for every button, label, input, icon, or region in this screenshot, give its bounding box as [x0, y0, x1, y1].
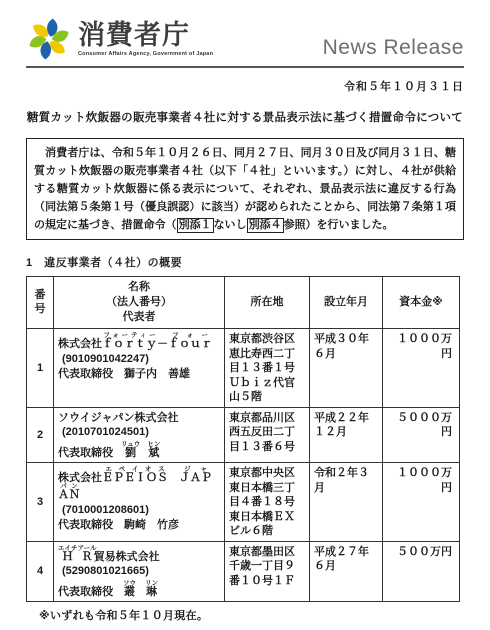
cell-name: 株式会社ＥＰＥＩＯＳエペイオス ＪＡＰＡＮジャパン (7010001208601…: [54, 463, 225, 542]
news-release-label: News Release: [323, 36, 464, 62]
cell-name: ＨＲエイチアール貿易株式会社 (5290801021665) 代表取締役 叢ソウ…: [54, 541, 225, 602]
caa-pinwheel-icon: [26, 16, 72, 62]
representative: 代表取締役 獅子内 善雄: [58, 367, 220, 382]
attachment-4-ref: 別添４: [247, 218, 284, 233]
table-row: 2 ソウイジャパン株式会社 (2010701024501) 代表取締役 劉リュウ…: [27, 407, 460, 463]
col-header-address: 所在地: [225, 277, 310, 329]
cell-established: 令和２年３月: [310, 463, 383, 542]
cell-capital: １０００万円: [383, 463, 460, 542]
col-header-established: 設立年月: [310, 277, 383, 329]
company-name: 株式会社ｆｏｒｔｙフォーティー－ｆｏｕｒフォー: [58, 332, 220, 352]
cell-number: 2: [27, 407, 54, 463]
table-row: 3 株式会社ＥＰＥＩＯＳエペイオス ＪＡＰＡＮジャパン (70100012086…: [27, 463, 460, 542]
section-1-heading: 1 違反事業者（４社）の概要: [26, 254, 464, 270]
cell-address: 東京都墨田区千歳一丁目９番１０号１Ｆ: [225, 541, 310, 602]
cell-name: ソウイジャパン株式会社 (2010701024501) 代表取締役 劉リュウ 斌…: [54, 407, 225, 463]
corporate-number: (7010001208601): [58, 503, 220, 518]
col-header-number: 番号: [27, 277, 54, 329]
company-name: ソウイジャパン株式会社: [58, 411, 220, 426]
attachment-1-ref: 別添１: [177, 218, 214, 233]
table-footnote: ※いずれも令和５年１０月現在。: [26, 607, 464, 623]
corporate-number: (5290801021665): [58, 564, 220, 579]
lead-paragraph: 消費者庁は、令和５年１０月２６日、同月２７日、同月３０日及び同月３１日、糖質カッ…: [26, 138, 464, 240]
col-header-name: 名称 （法人番号） 代表者: [54, 277, 225, 329]
table-row: 1 株式会社ｆｏｒｔｙフォーティー－ｆｏｕｒフォー (9010901042247…: [27, 329, 460, 408]
violators-table-body: 1 株式会社ｆｏｒｔｙフォーティー－ｆｏｕｒフォー (9010901042247…: [27, 329, 460, 602]
cell-address: 東京都中央区東日本橋三丁目４番１８号東日本橋ＥＸビル６階: [225, 463, 310, 542]
representative: 代表取締役 駒崎 竹彦: [58, 518, 220, 533]
cell-capital: １０００万円: [383, 329, 460, 408]
corporate-number: (2010701024501): [58, 425, 220, 440]
cell-capital: ５００万円: [383, 541, 460, 602]
corporate-number: (9010901042247): [58, 352, 220, 367]
representative: 代表取締役 劉リュウ 斌ヒン: [58, 441, 220, 461]
caa-logo: 消費者庁 Consumer Affairs Agency, Government…: [26, 16, 213, 62]
cell-established: 平成２２年１２月: [310, 407, 383, 463]
col-header-capital: 資本金※: [383, 277, 460, 329]
release-date: 令和５年１０月３１日: [26, 78, 464, 94]
cell-established: 平成２７年６月: [310, 541, 383, 602]
cell-capital: ５０００万円: [383, 407, 460, 463]
news-release-page: 消費者庁 Consumer Affairs Agency, Government…: [0, 0, 490, 630]
agency-subtitle: Consumer Affairs Agency, Government of J…: [78, 51, 213, 57]
cell-established: 平成３０年６月: [310, 329, 383, 408]
cell-address: 東京都品川区西五反田二丁目１３番６号: [225, 407, 310, 463]
cell-number: 3: [27, 463, 54, 542]
representative: 代表取締役 叢ソウ 琳リン: [58, 580, 220, 600]
table-row: 4 ＨＲエイチアール貿易株式会社 (5290801021665) 代表取締役 叢…: [27, 541, 460, 602]
lead-text-middle: ないし: [214, 219, 247, 231]
cell-name: 株式会社ｆｏｒｔｙフォーティー－ｆｏｕｒフォー (9010901042247) …: [54, 329, 225, 408]
violators-table: 番号 名称 （法人番号） 代表者 所在地 設立年月 資本金※ 1 株式会社ｆｏｒ…: [26, 276, 460, 602]
agency-name: 消費者庁: [78, 22, 213, 49]
caa-logo-text: 消費者庁 Consumer Affairs Agency, Government…: [78, 22, 213, 57]
document-title: 糖質カット炊飯器の販売事業者４社に対する景品表示法に基づく措置命令について: [26, 109, 464, 125]
cell-number: 4: [27, 541, 54, 602]
company-name: 株式会社ＥＰＥＩＯＳエペイオス ＪＡＰＡＮジャパン: [58, 466, 220, 503]
table-header-row: 番号 名称 （法人番号） 代表者 所在地 設立年月 資本金※: [27, 277, 460, 329]
cell-address: 東京都渋谷区恵比寿西二丁目１３番１号Ｕｂｉｚ代官山５階: [225, 329, 310, 408]
lead-text-2: 参照）を行いました。: [284, 219, 394, 231]
cell-number: 1: [27, 329, 54, 408]
company-name: ＨＲエイチアール貿易株式会社: [58, 545, 220, 565]
page-header: 消費者庁 Consumer Affairs Agency, Government…: [26, 12, 464, 68]
